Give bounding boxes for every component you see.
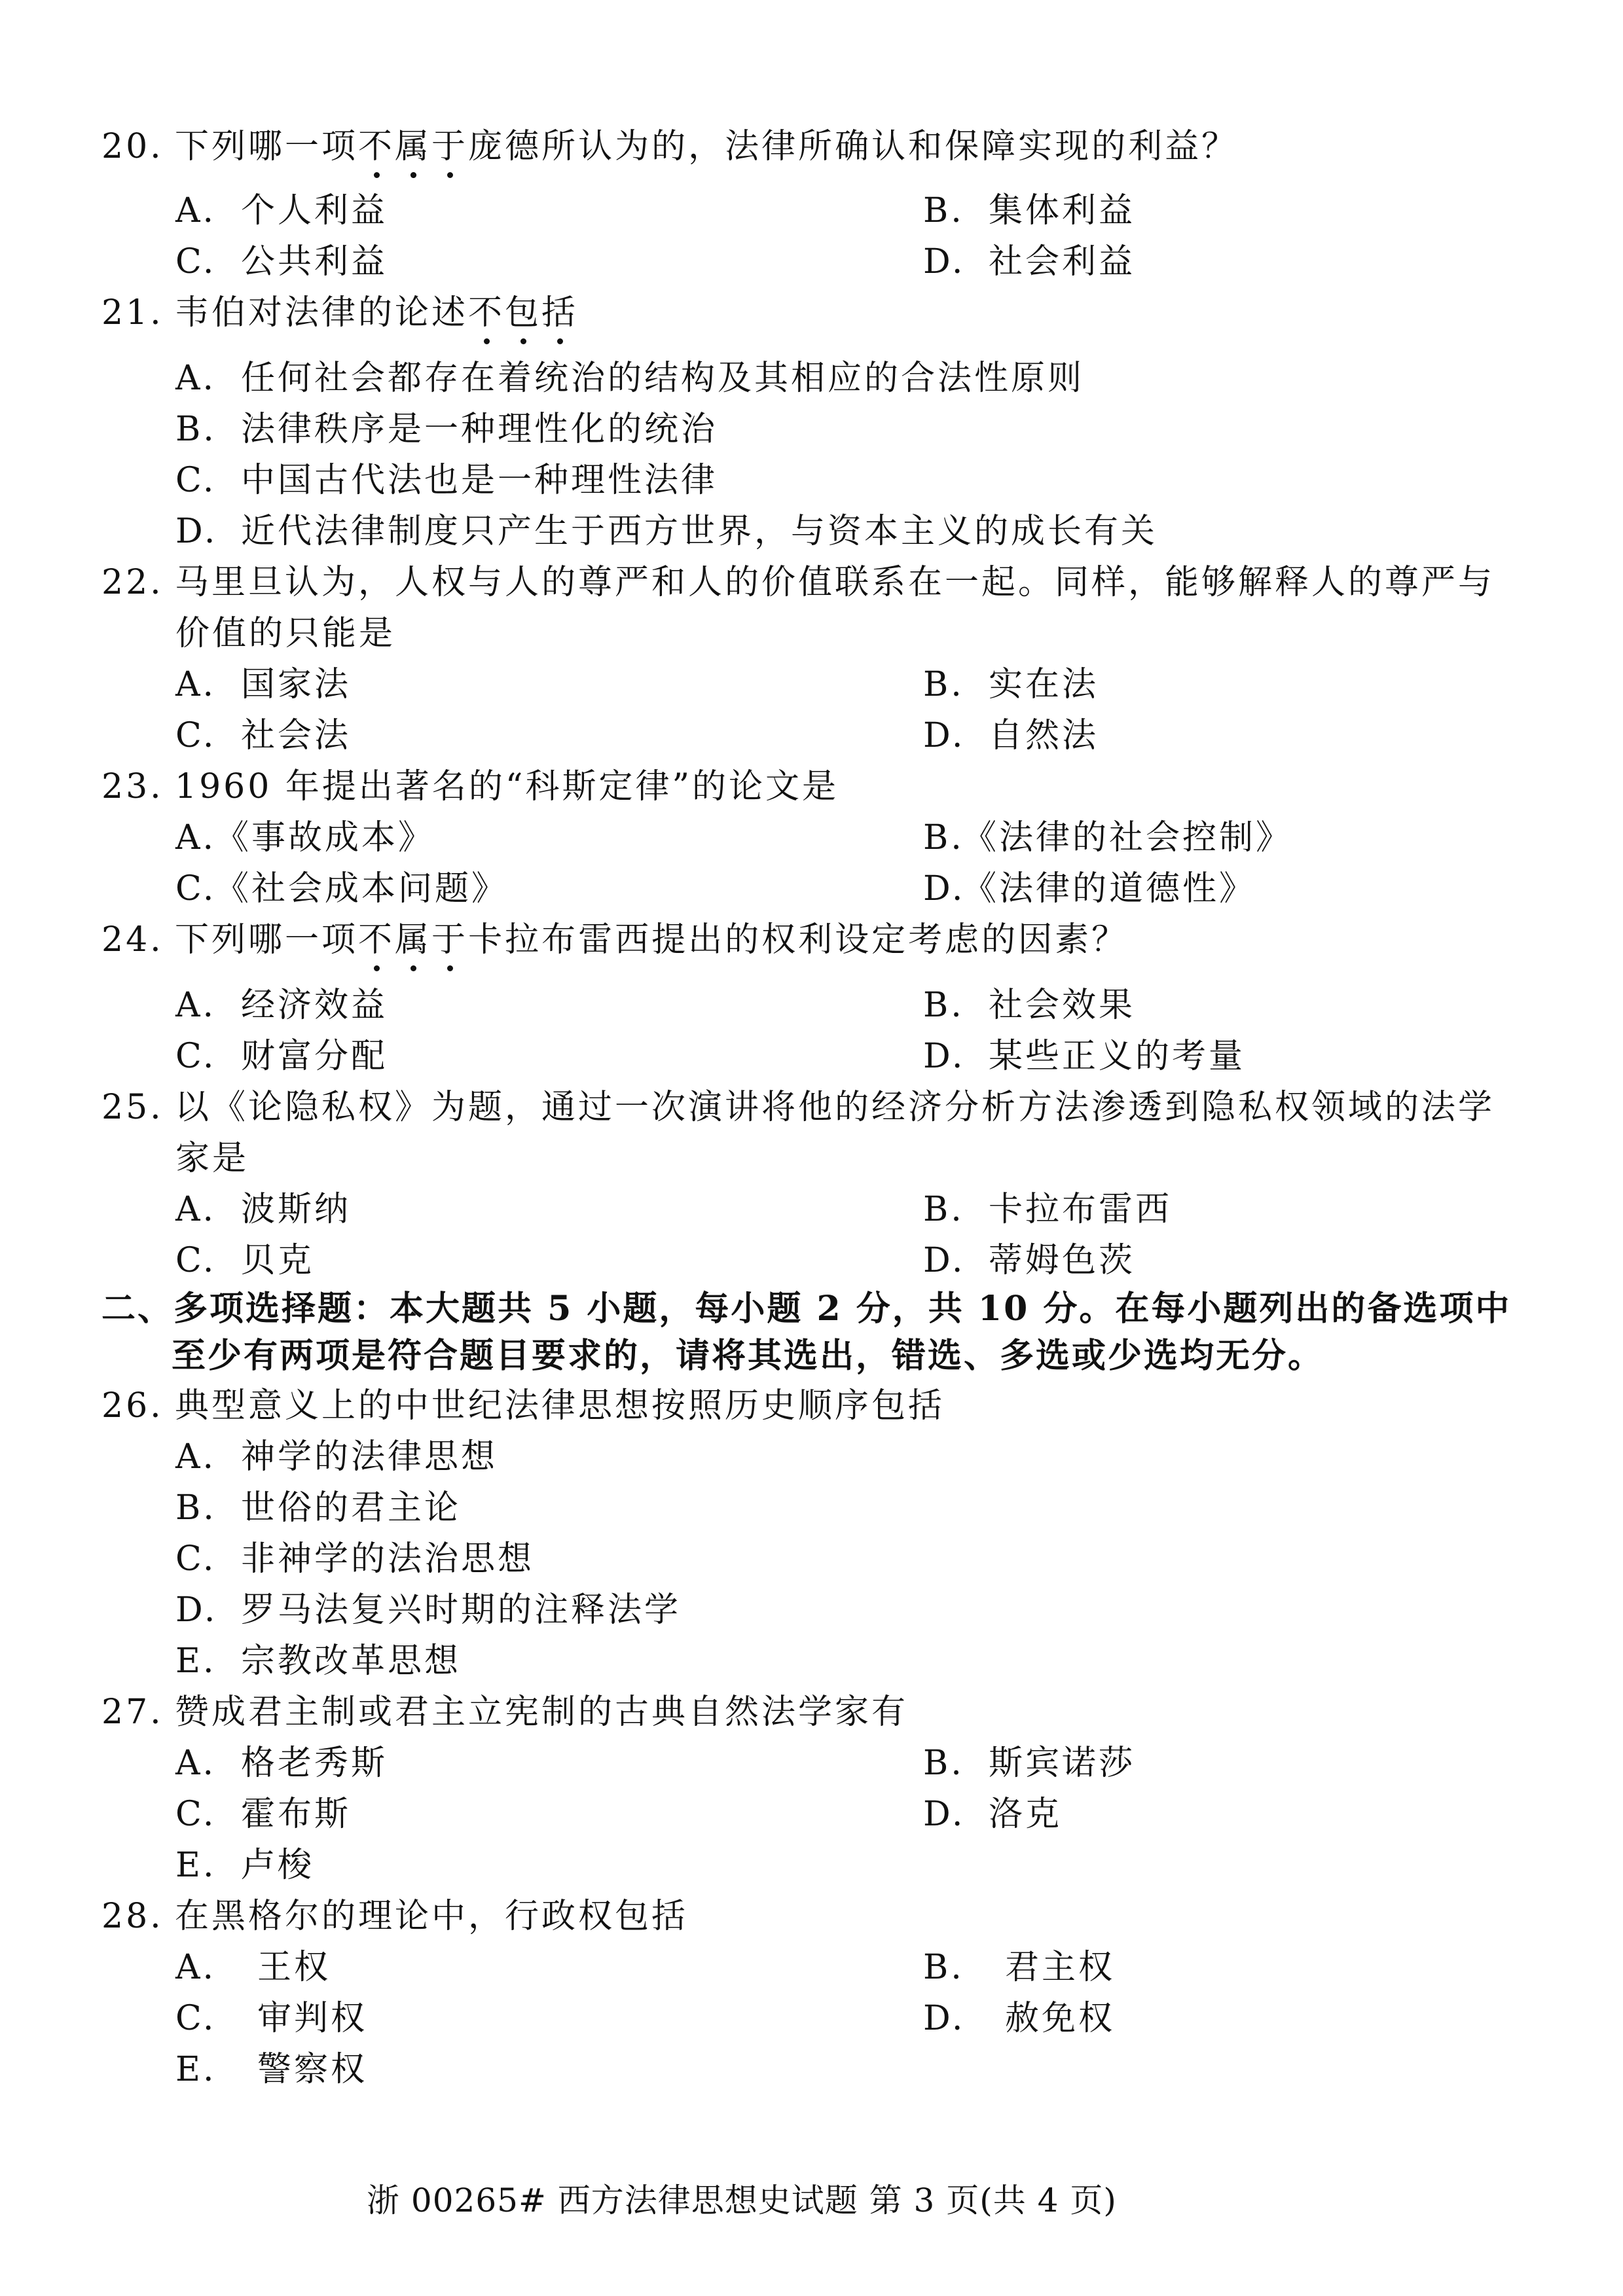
- emphasis-char: 括: [541, 293, 578, 332]
- option-text: 宗教改革思想: [241, 1641, 461, 1681]
- question-21-option-a[interactable]: A.任何社会都存在着统治的结构及其相应的合法性原则: [175, 357, 1084, 399]
- section-two-heading: 二、多项选择题：本大题共 5 小题，每小题 2 分，共 10 分。在每小题列出的…: [101, 1288, 1511, 1330]
- question-number: 23.: [101, 766, 175, 808]
- section-two-instructions: 至少有两项是符合题目要求的，请将其选出，错选、多选或少选均无分。: [172, 1335, 1324, 1377]
- question-27-stem: 27.赞成君主制或君主立宪制的古典自然法学家有: [101, 1691, 908, 1733]
- question-25-option-c[interactable]: C.贝克: [175, 1240, 314, 1282]
- option-text: 卡拉布雷西: [989, 1190, 1172, 1229]
- option-text: 霍布斯: [241, 1795, 351, 1834]
- stem-text: 下列哪一项: [175, 920, 358, 960]
- question-24-option-b[interactable]: B.社会效果: [923, 984, 1135, 1026]
- option-letter: C.: [175, 868, 215, 910]
- question-20-option-b[interactable]: B.集体利益: [923, 190, 1135, 232]
- question-23-option-d[interactable]: D.《法律的道德性》: [923, 868, 1256, 910]
- option-letter: D.: [923, 715, 989, 757]
- option-letter: A.: [175, 817, 215, 859]
- option-letter: E.: [175, 1640, 241, 1682]
- option-letter: D.: [923, 1240, 989, 1282]
- option-letter: D.: [923, 241, 989, 283]
- question-28-option-a[interactable]: A.王权: [175, 1946, 331, 1988]
- option-letter: D.: [923, 1998, 1005, 2039]
- option-text: 警察权: [257, 2050, 367, 2089]
- page-footer: 浙 00265# 西方法律思想史试题 第 3 页(共 4 页): [367, 2179, 1117, 2221]
- question-number: 25.: [101, 1086, 175, 1128]
- option-text: 《事故成本》: [215, 818, 435, 857]
- question-21-option-c[interactable]: C.中国古代法也是一种理性法律: [175, 459, 718, 501]
- option-letter: E.: [175, 2049, 257, 2090]
- option-text: 实在法: [989, 665, 1099, 704]
- option-text: 自然法: [989, 716, 1099, 755]
- emphasis-char: 于: [431, 127, 468, 166]
- question-22-option-a[interactable]: A.国家法: [175, 664, 351, 706]
- question-number: 27.: [101, 1691, 175, 1733]
- option-letter: B.: [923, 984, 989, 1026]
- option-letter: B.: [175, 408, 241, 450]
- option-letter: A.: [175, 190, 241, 232]
- question-21-stem: 21.韦伯对法律的论述不包括: [101, 292, 578, 334]
- option-text: 世俗的君主论: [241, 1488, 461, 1528]
- option-text: 财富分配: [241, 1037, 388, 1076]
- option-letter: C.: [175, 1538, 241, 1580]
- option-letter: D.: [175, 511, 241, 552]
- question-22-option-b[interactable]: B.实在法: [923, 664, 1099, 706]
- question-26-option-c[interactable]: C.非神学的法治思想: [175, 1538, 534, 1580]
- question-25-option-a[interactable]: A.波斯纳: [175, 1189, 351, 1230]
- emphasis-char: 不: [358, 127, 395, 166]
- option-letter: D.: [923, 1035, 989, 1077]
- question-20-option-c[interactable]: C.公共利益: [175, 241, 388, 283]
- question-20-option-d[interactable]: D.社会利益: [923, 241, 1135, 283]
- option-text: 非神学的法治思想: [241, 1539, 534, 1579]
- option-text: 《社会成本问题》: [215, 869, 508, 908]
- option-letter: B.: [923, 1946, 1005, 1988]
- option-text: 社会效果: [989, 986, 1135, 1025]
- option-letter: E.: [175, 1844, 241, 1886]
- stem-text: 赞成君主制或君主立宪制的古典自然法学家有: [175, 1693, 908, 1732]
- stem-text: 以《论隐私权》为题，通过一次演讲将他的经济分析方法渗透到隐私权领域的法学: [175, 1088, 1495, 1127]
- option-letter: C.: [175, 715, 241, 757]
- question-24-option-c[interactable]: C.财富分配: [175, 1035, 388, 1077]
- emphasis-chars: 不属于: [358, 920, 468, 960]
- option-text: 某些正义的考量: [989, 1037, 1245, 1076]
- question-28-option-c[interactable]: C.审判权: [175, 1998, 367, 2039]
- option-letter: C.: [175, 459, 241, 501]
- question-number: 24.: [101, 919, 175, 961]
- option-letter: B.: [923, 664, 989, 706]
- question-25-option-b[interactable]: B.卡拉布雷西: [923, 1189, 1172, 1230]
- option-letter: B.: [175, 1487, 241, 1529]
- option-text: 任何社会都存在着统治的结构及其相应的合法性原则: [241, 359, 1084, 398]
- question-27-option-c[interactable]: C.霍布斯: [175, 1793, 351, 1835]
- option-text: 国家法: [241, 665, 351, 704]
- option-letter: A.: [175, 984, 241, 1026]
- question-27-option-b[interactable]: B.斯宾诺莎: [923, 1742, 1135, 1784]
- option-text: 公共利益: [241, 242, 388, 281]
- option-letter: B.: [923, 190, 989, 232]
- question-27-option-e[interactable]: E.卢梭: [175, 1844, 314, 1886]
- option-letter: A.: [175, 664, 241, 706]
- stem-text: 庞德所认为的，法律所确认和保障实现的利益？: [468, 127, 1238, 166]
- exam-page: 20.下列哪一项不属于庞德所认为的，法律所确认和保障实现的利益？ A.个人利益 …: [0, 0, 1623, 2296]
- option-letter: C.: [175, 1998, 257, 2039]
- option-text: 格老秀斯: [241, 1744, 388, 1783]
- stem-text: 马里旦认为，人权与人的尊严和人的价值联系在一起。同样，能够解释人的尊严与: [175, 563, 1495, 602]
- question-22-stem: 22.马里旦认为，人权与人的尊严和人的价值联系在一起。同样，能够解释人的尊严与: [101, 562, 1495, 603]
- option-letter: C.: [175, 1793, 241, 1835]
- option-letter: B.: [923, 1742, 989, 1784]
- option-text: 神学的法律思想: [241, 1437, 498, 1477]
- question-number: 22.: [101, 562, 175, 603]
- question-26-option-b[interactable]: B.世俗的君主论: [175, 1487, 461, 1529]
- option-text: 社会法: [241, 716, 351, 755]
- question-21-option-b[interactable]: B.法律秩序是一种理性化的统治: [175, 408, 718, 450]
- stem-text: 下列哪一项: [175, 127, 358, 166]
- question-28-option-b[interactable]: B.君主权: [923, 1946, 1115, 1988]
- question-24-option-d[interactable]: D.某些正义的考量: [923, 1035, 1245, 1077]
- option-text: 中国古代法也是一种理性法律: [241, 461, 718, 500]
- question-26-stem: 26.典型意义上的中世纪法律思想按照历史顺序包括: [101, 1385, 945, 1427]
- question-number: 26.: [101, 1385, 175, 1427]
- question-25-stem: 25.以《论隐私权》为题，通过一次演讲将他的经济分析方法渗透到隐私权领域的法学: [101, 1086, 1495, 1128]
- question-22-stem-continued: 价值的只能是: [175, 613, 395, 655]
- option-text: 近代法律制度只产生于西方世界，与资本主义的成长有关: [241, 512, 1158, 551]
- option-text: 审判权: [257, 1999, 367, 2038]
- option-letter: D.: [175, 1589, 241, 1631]
- option-text: 蒂姆色茨: [989, 1241, 1135, 1280]
- option-text: 个人利益: [241, 191, 388, 230]
- stem-text: 韦伯对法律的论述: [175, 293, 468, 332]
- emphasis-char: 不: [358, 920, 395, 960]
- option-letter: A.: [175, 357, 241, 399]
- question-28-option-d[interactable]: D.赦免权: [923, 1998, 1115, 2039]
- question-23-stem: 23.1960 年提出著名的“科斯定律”的论文是: [101, 766, 839, 808]
- option-text: 《法律的社会控制》: [962, 818, 1292, 857]
- question-23-option-c[interactable]: C.《社会成本问题》: [175, 868, 508, 910]
- option-letter: C.: [175, 241, 241, 283]
- emphasis-chars: 不属于: [358, 127, 468, 166]
- question-20-stem: 20.下列哪一项不属于庞德所认为的，法律所确认和保障实现的利益？: [101, 126, 1238, 168]
- question-26-option-a[interactable]: A.神学的法律思想: [175, 1436, 498, 1478]
- question-26-option-e[interactable]: E.宗教改革思想: [175, 1640, 461, 1682]
- option-text: 社会利益: [989, 242, 1135, 281]
- option-text: 波斯纳: [241, 1190, 351, 1229]
- question-22-option-d[interactable]: D.自然法: [923, 715, 1099, 757]
- emphasis-char: 于: [431, 920, 468, 960]
- question-27-option-d[interactable]: D.洛克: [923, 1793, 1062, 1835]
- question-28-option-e[interactable]: E.警察权: [175, 2049, 367, 2090]
- stem-text: 1960 年提出著名的“科斯定律”的论文是: [175, 767, 839, 806]
- question-25-option-d[interactable]: D.蒂姆色茨: [923, 1240, 1135, 1282]
- option-letter: A.: [175, 1189, 241, 1230]
- emphasis-char: 包: [505, 293, 541, 332]
- question-22-option-c[interactable]: C.社会法: [175, 715, 351, 757]
- option-text: 集体利益: [989, 191, 1135, 230]
- question-23-option-a[interactable]: A.《事故成本》: [175, 817, 435, 859]
- option-letter: B.: [923, 817, 962, 859]
- stem-text: 在黑格尔的理论中，行政权包括: [175, 1897, 688, 1936]
- option-text: 法律秩序是一种理性化的统治: [241, 410, 718, 449]
- option-text: 卢梭: [241, 1846, 314, 1885]
- option-text: 《法律的道德性》: [962, 869, 1256, 908]
- question-20-option-a[interactable]: A.个人利益: [175, 190, 388, 232]
- question-23-option-b[interactable]: B.《法律的社会控制》: [923, 817, 1292, 859]
- option-text: 罗马法复兴时期的注释法学: [241, 1590, 681, 1630]
- emphasis-chars: 不包括: [468, 293, 578, 332]
- question-25-stem-continued: 家是: [175, 1138, 249, 1179]
- question-26-option-d[interactable]: D.罗马法复兴时期的注释法学: [175, 1589, 681, 1631]
- option-text: 王权: [257, 1948, 331, 1987]
- stem-text: 典型意义上的中世纪法律思想按照历史顺序包括: [175, 1386, 945, 1426]
- question-number: 21.: [101, 292, 175, 334]
- emphasis-char: 属: [395, 920, 431, 960]
- question-24-stem: 24.下列哪一项不属于卡拉布雷西提出的权利设定考虑的因素？: [101, 919, 1128, 961]
- emphasis-char: 属: [395, 127, 431, 166]
- question-27-option-a[interactable]: A.格老秀斯: [175, 1742, 388, 1784]
- question-24-option-a[interactable]: A.经济效益: [175, 984, 388, 1026]
- emphasis-text: 不属于: [358, 127, 468, 166]
- option-text: 斯宾诺莎: [989, 1744, 1135, 1783]
- option-text: 君主权: [1005, 1948, 1115, 1987]
- stem-text: 卡拉布雷西提出的权利设定考虑的因素？: [468, 920, 1128, 960]
- question-21-option-d[interactable]: D.近代法律制度只产生于西方世界，与资本主义的成长有关: [175, 511, 1158, 552]
- emphasis-char: 不: [468, 293, 505, 332]
- option-text: 经济效益: [241, 986, 388, 1025]
- option-letter: B.: [923, 1189, 989, 1230]
- option-text: 赦免权: [1005, 1999, 1115, 2038]
- option-letter: D.: [923, 1793, 989, 1835]
- option-letter: C.: [175, 1035, 241, 1077]
- question-number: 20.: [101, 126, 175, 168]
- option-text: 贝克: [241, 1241, 314, 1280]
- option-letter: A.: [175, 1946, 257, 1988]
- question-number: 28.: [101, 1895, 175, 1937]
- option-letter: A.: [175, 1742, 241, 1784]
- option-text: 洛克: [989, 1795, 1062, 1834]
- question-28-stem: 28.在黑格尔的理论中，行政权包括: [101, 1895, 688, 1937]
- option-letter: C.: [175, 1240, 241, 1282]
- option-letter: A.: [175, 1436, 241, 1478]
- option-letter: D.: [923, 868, 962, 910]
